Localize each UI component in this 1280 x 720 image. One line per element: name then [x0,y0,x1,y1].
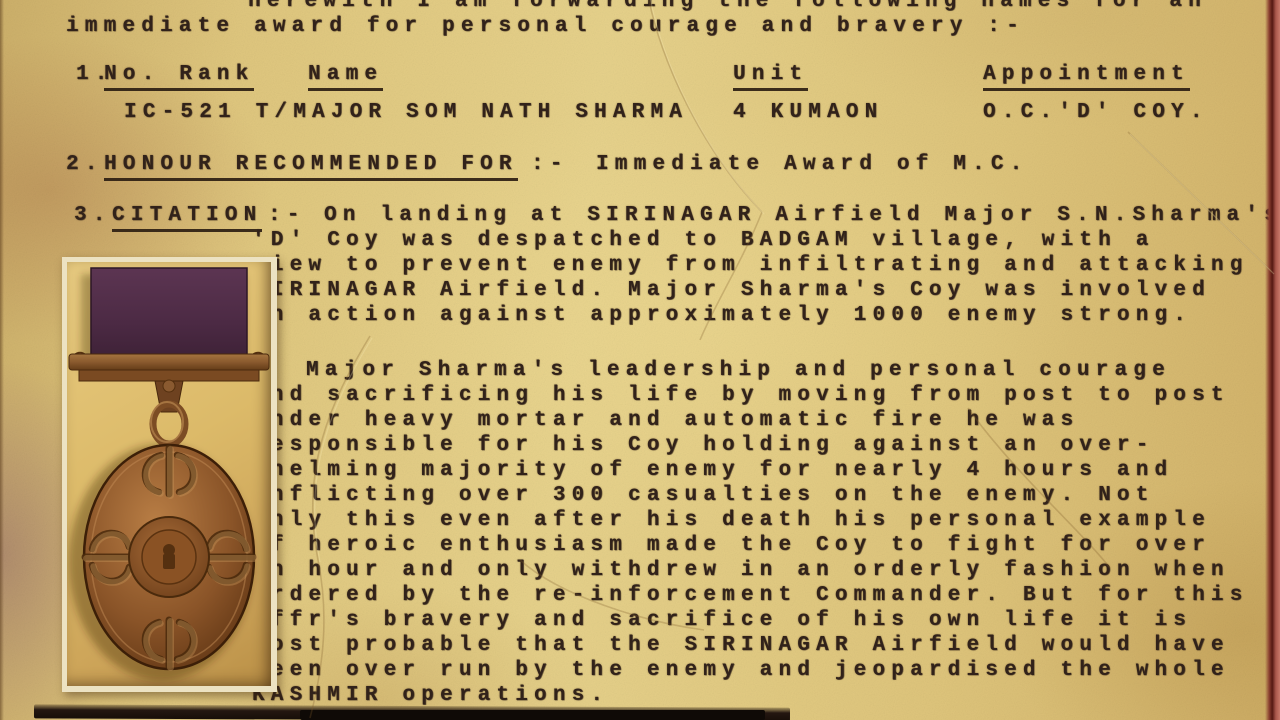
citation-line: Major Sharma's leadership and personal c… [306,358,1171,383]
citation-document: herewith I am forwarding the following n… [0,0,1280,720]
citation-line: of heroic enthusiasm made the Coy to fig… [252,533,1211,558]
recipient-no-rank-name: IC-521 T/MAJOR SOM NATH SHARMA [124,100,688,125]
citation-line: and sacrificing his life by moving from … [252,383,1230,408]
intro-line: immediate award for personal courage and… [66,14,1025,39]
page-edge-border [1265,0,1280,720]
item3-number: 3. [74,203,112,228]
citation-line: SIRINAGAR Airfield. Major Sharma's Coy w… [252,278,1211,303]
recipient-appointment: O.C.'D' COY. [983,100,1209,125]
honour-separator: :- [531,152,569,177]
intro-line: herewith I am forwarding the following n… [248,0,1207,14]
citation-line: under heavy mortar and automatic fire he… [252,408,1079,433]
citation-line: most probable that the SIRINAGAR Airfiel… [252,633,1230,658]
honour-recommended-label: HONOUR RECOMMENDED FOR [104,152,518,181]
citation-label: CITATION [112,203,262,232]
param-vir-chakra-medal [67,262,271,686]
param-vir-chakra-photo [62,257,277,692]
citation-line: KASHMIR operations. [252,683,609,708]
citation-line: been over run by the enemy and jeopardis… [252,658,1230,683]
recipient-unit: 4 KUMAON [733,100,883,125]
citation-line: inflicting over 300 casualties on the en… [252,483,1155,508]
honour-value: Immediate Award of M.C. [596,152,1028,177]
citation-line: On landing at SIRINAGAR Airfield Major S… [324,203,1280,228]
state-emblem-hub [129,517,209,597]
citation-line: whelming majority of enemy for nearly 4 … [252,458,1173,483]
citation-line: in action against approximately 1000 ene… [252,303,1192,328]
bottom-dark-strip-segment [300,710,765,720]
medal-disc [84,445,255,669]
citation-line: view to prevent enemy from infiltrating … [252,253,1249,278]
citation-line: responsible for his Coy holding against … [252,433,1155,458]
column-header-no-rank: No. Rank [104,62,254,91]
citation-separator: :- [268,203,306,228]
medal-ribbon [91,268,247,368]
column-header-unit: Unit [733,62,808,91]
citation-line: an hour and only withdrew in an orderly … [252,558,1230,583]
page-left-edge-shade [0,0,4,720]
citation-line: Offr's bravery and sacrifice of his own … [252,608,1192,633]
citation-line: ordered by the re-inforcement Commander.… [252,583,1249,608]
item2-number: 2. [66,152,104,177]
column-header-appointment: Appointment [983,62,1190,91]
citation-line: only this even after his death his perso… [252,508,1211,533]
column-header-name: Name [308,62,383,91]
citation-line: 'D' Coy was despatched to BADGAM village… [252,228,1155,253]
